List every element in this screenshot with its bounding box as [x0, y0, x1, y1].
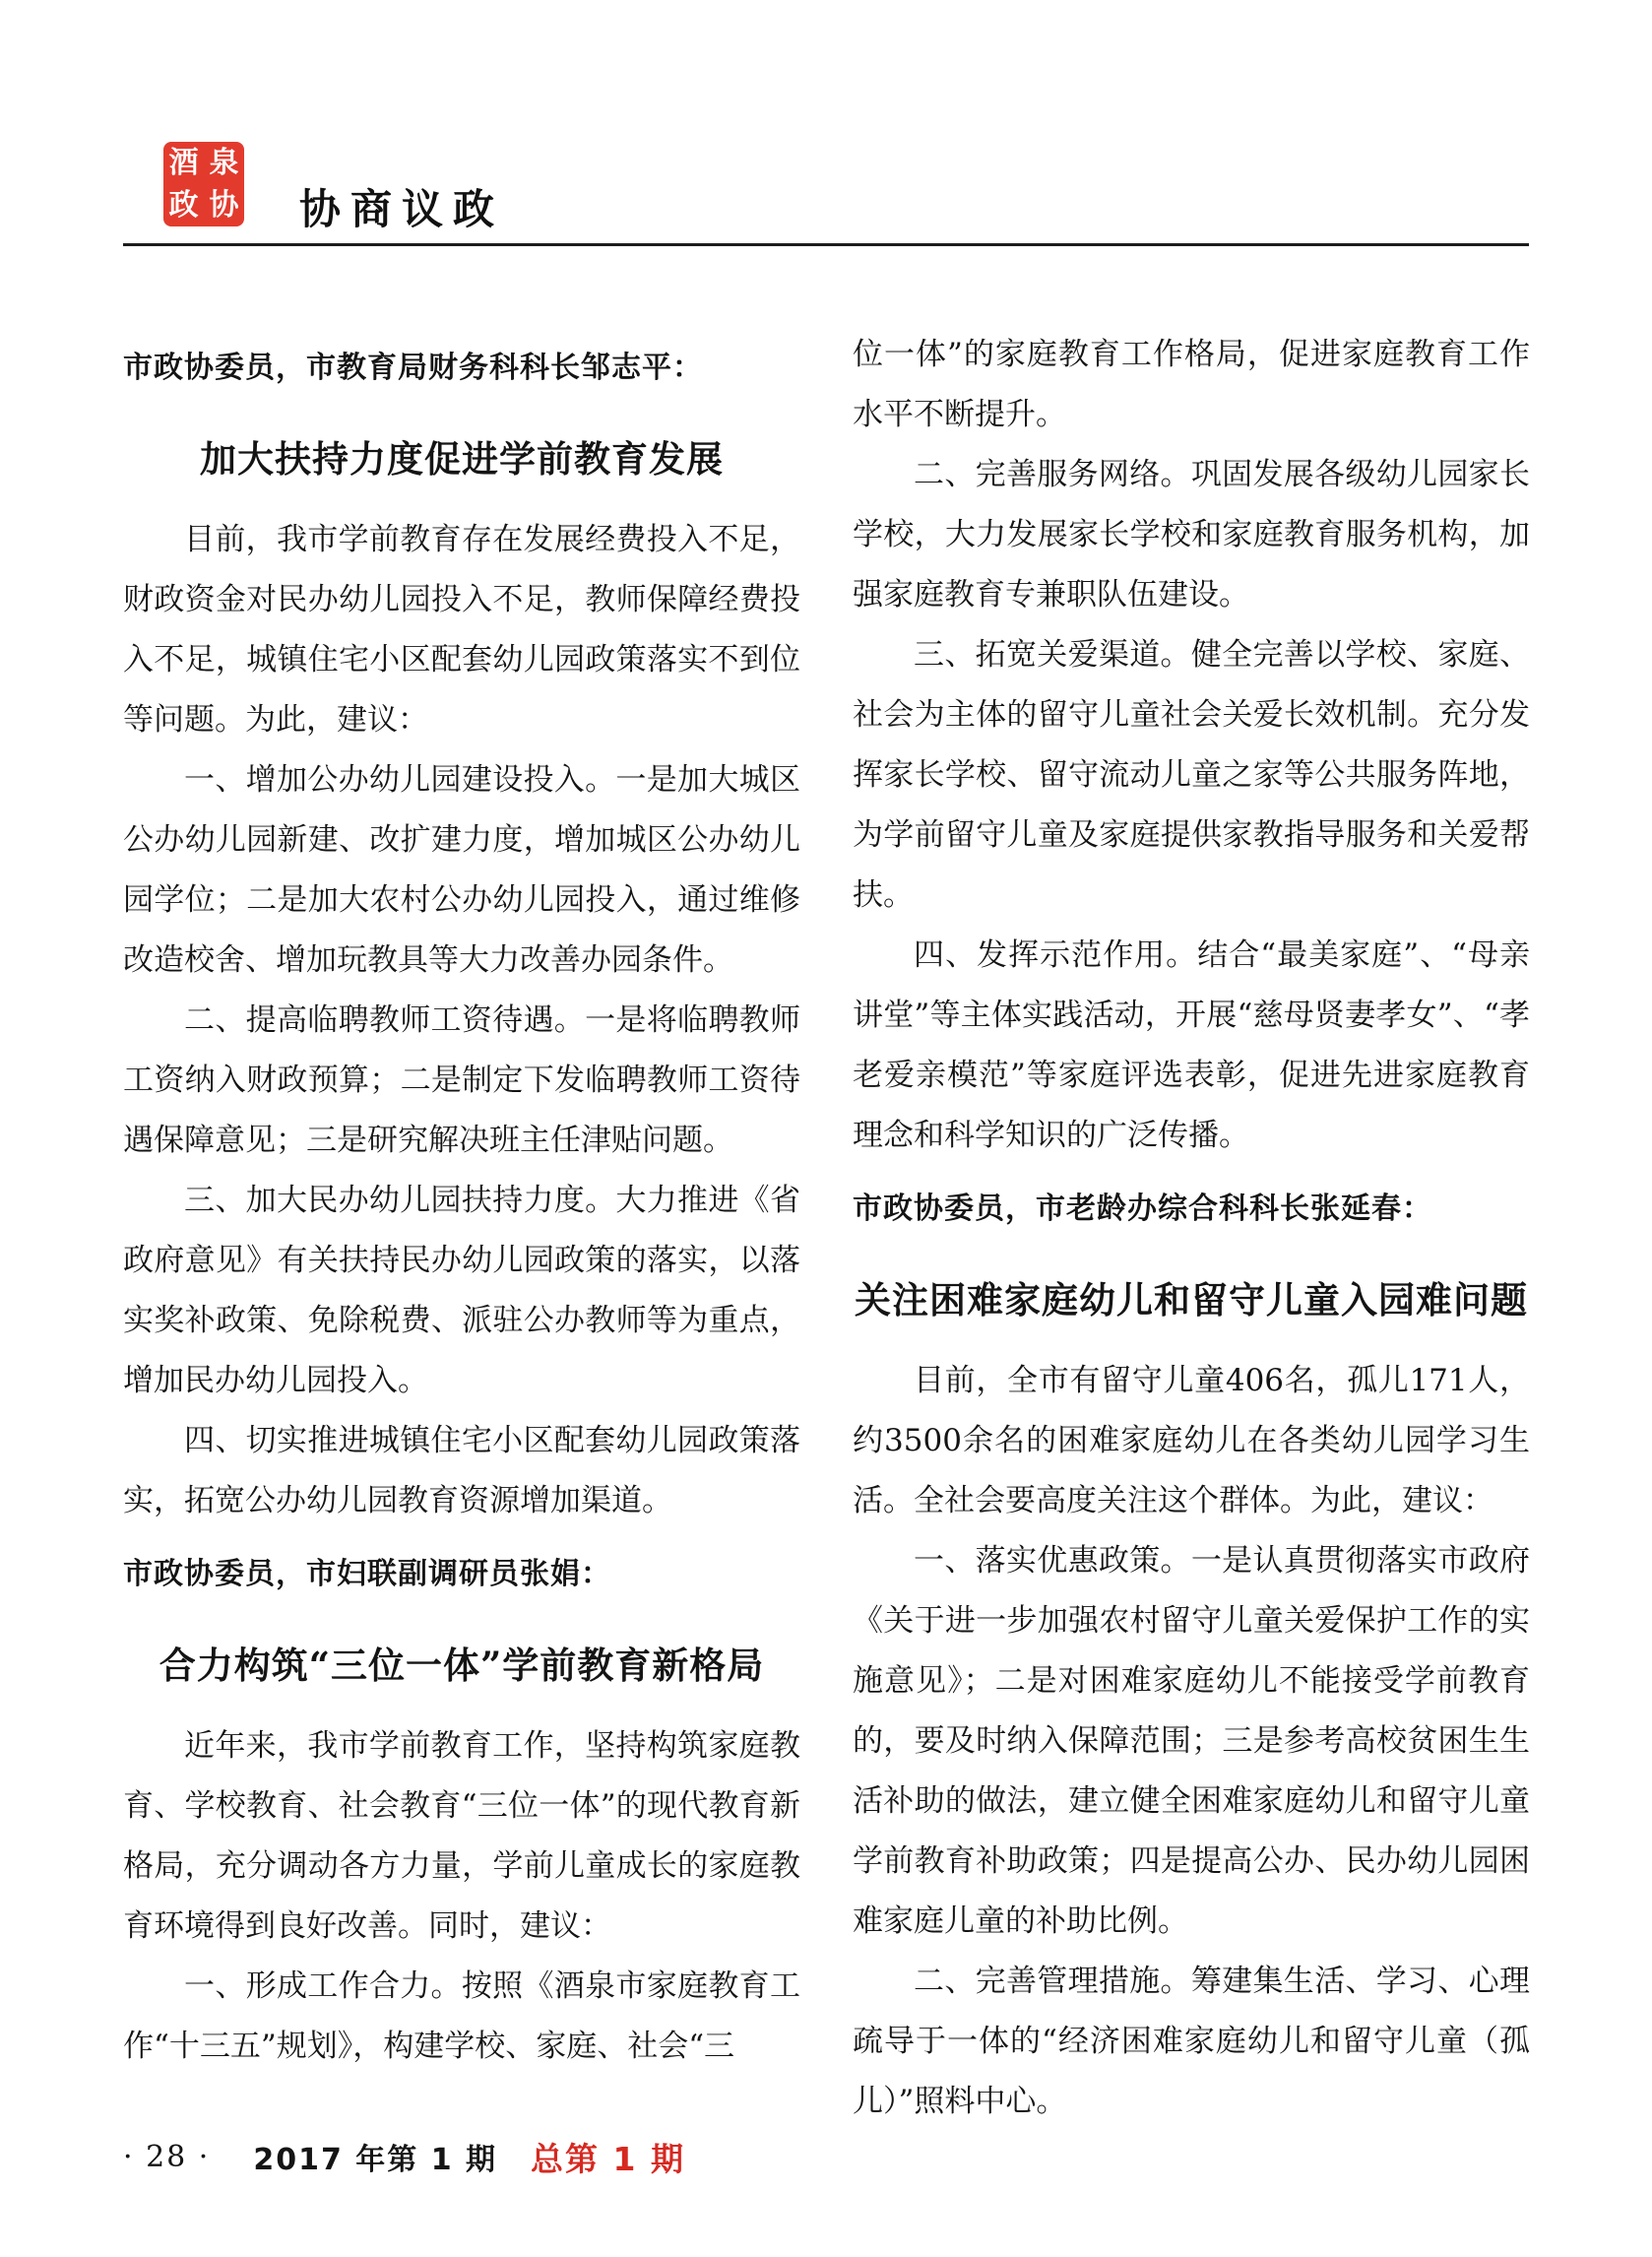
seal-char: 协 — [210, 191, 239, 221]
journal-seal: 酒 泉 政 协 — [163, 142, 244, 226]
magazine-page: 酒 泉 政 协 协商议政 市政协委员，市教育局财务科科长邹志平：加大扶持力度促进… — [0, 0, 1652, 2257]
paragraph: 目前，全市有留守儿童406名，孤儿171人，约3500余名的困难家庭幼儿在各类幼… — [853, 1351, 1530, 1531]
article-byline: 市政协委员，市教育局财务科科长邹志平： — [123, 349, 800, 388]
article-title: 加大扶持力度促进学前教育发展 — [123, 435, 800, 483]
paragraph: 目前，我市学前教育存在发展经费投入不足，财政资金对民办幼儿园投入不足，教师保障经… — [123, 510, 800, 750]
article-byline: 市政协委员，市妇联副调研员张娟： — [123, 1555, 800, 1594]
paragraph: 近年来，我市学前教育工作，坚持构筑家庭教育、学校教育、社会教育“三位一体”的现代… — [123, 1716, 800, 1957]
cumulative-issue-badge: 总第 1 期 — [531, 2134, 685, 2180]
paragraph: 二、完善管理措施。筹建集生活、学习、心理疏导于一体的“经济困难家庭幼儿和留守儿童… — [853, 1952, 1530, 2132]
paragraph: 三、拓宽关爱渠道。健全完善以学校、家庭、社会为主体的留守儿童社会关爱长效机制。充… — [853, 625, 1530, 926]
right-column: 位一体”的家庭教育工作格局，促进家庭教育工作水平不断提升。二、完善服务网络。巩固… — [853, 325, 1530, 2132]
paragraph: 四、发挥示范作用。结合“最美家庭”、“母亲讲堂”等主体实践活动，开展“慈母贤妻孝… — [853, 926, 1530, 1166]
page-footer: · 28 · 2017 年第 1 期 总第 1 期 — [123, 2135, 685, 2178]
paragraph: 一、落实优惠政策。一是认真贯彻落实市政府《关于进一步加强农村留守儿童关爱保护工作… — [853, 1531, 1530, 1952]
paragraph: 二、提高临聘教师工资待遇。一是将临聘教师工资纳入财政预算；二是制定下发临聘教师工… — [123, 991, 800, 1171]
article-title: 关注困难家庭幼儿和留守儿童入园难问题 — [853, 1276, 1530, 1323]
section-masthead: 协商议政 — [299, 177, 504, 236]
issue-label: 2017 年第 1 期 — [253, 2135, 497, 2178]
page-number: · 28 · — [123, 2140, 210, 2174]
header-rule — [123, 243, 1529, 246]
article-title: 合力构筑“三位一体”学前教育新格局 — [123, 1642, 800, 1689]
seal-char: 酒 — [169, 149, 199, 178]
article-byline: 市政协委员，市老龄办综合科科长张延春： — [853, 1190, 1530, 1229]
paragraph: 一、增加公办幼儿园建设投入。一是加大城区公办幼儿园新建、改扩建力度，增加城区公办… — [123, 750, 800, 991]
paragraph: 二、完善服务网络。巩固发展各级幼儿园家长学校，大力发展家长学校和家庭教育服务机构… — [853, 445, 1530, 625]
paragraph: 一、形成工作合力。按照《酒泉市家庭教育工作“十三五”规划》，构建学校、家庭、社会… — [123, 1957, 800, 2077]
paragraph: 三、加大民办幼儿园扶持力度。大力推进《省政府意见》有关扶持民办幼儿园政策的落实，… — [123, 1171, 800, 1411]
paragraph: 四、切实推进城镇住宅小区配套幼儿园政策落实，拓宽公办幼儿园教育资源增加渠道。 — [123, 1411, 800, 1531]
paragraph-continuation: 位一体”的家庭教育工作格局，促进家庭教育工作水平不断提升。 — [853, 325, 1530, 445]
left-column: 市政协委员，市教育局财务科科长邹志平：加大扶持力度促进学前教育发展目前，我市学前… — [123, 325, 800, 2077]
seal-char: 政 — [169, 191, 199, 221]
seal-char: 泉 — [210, 149, 239, 178]
